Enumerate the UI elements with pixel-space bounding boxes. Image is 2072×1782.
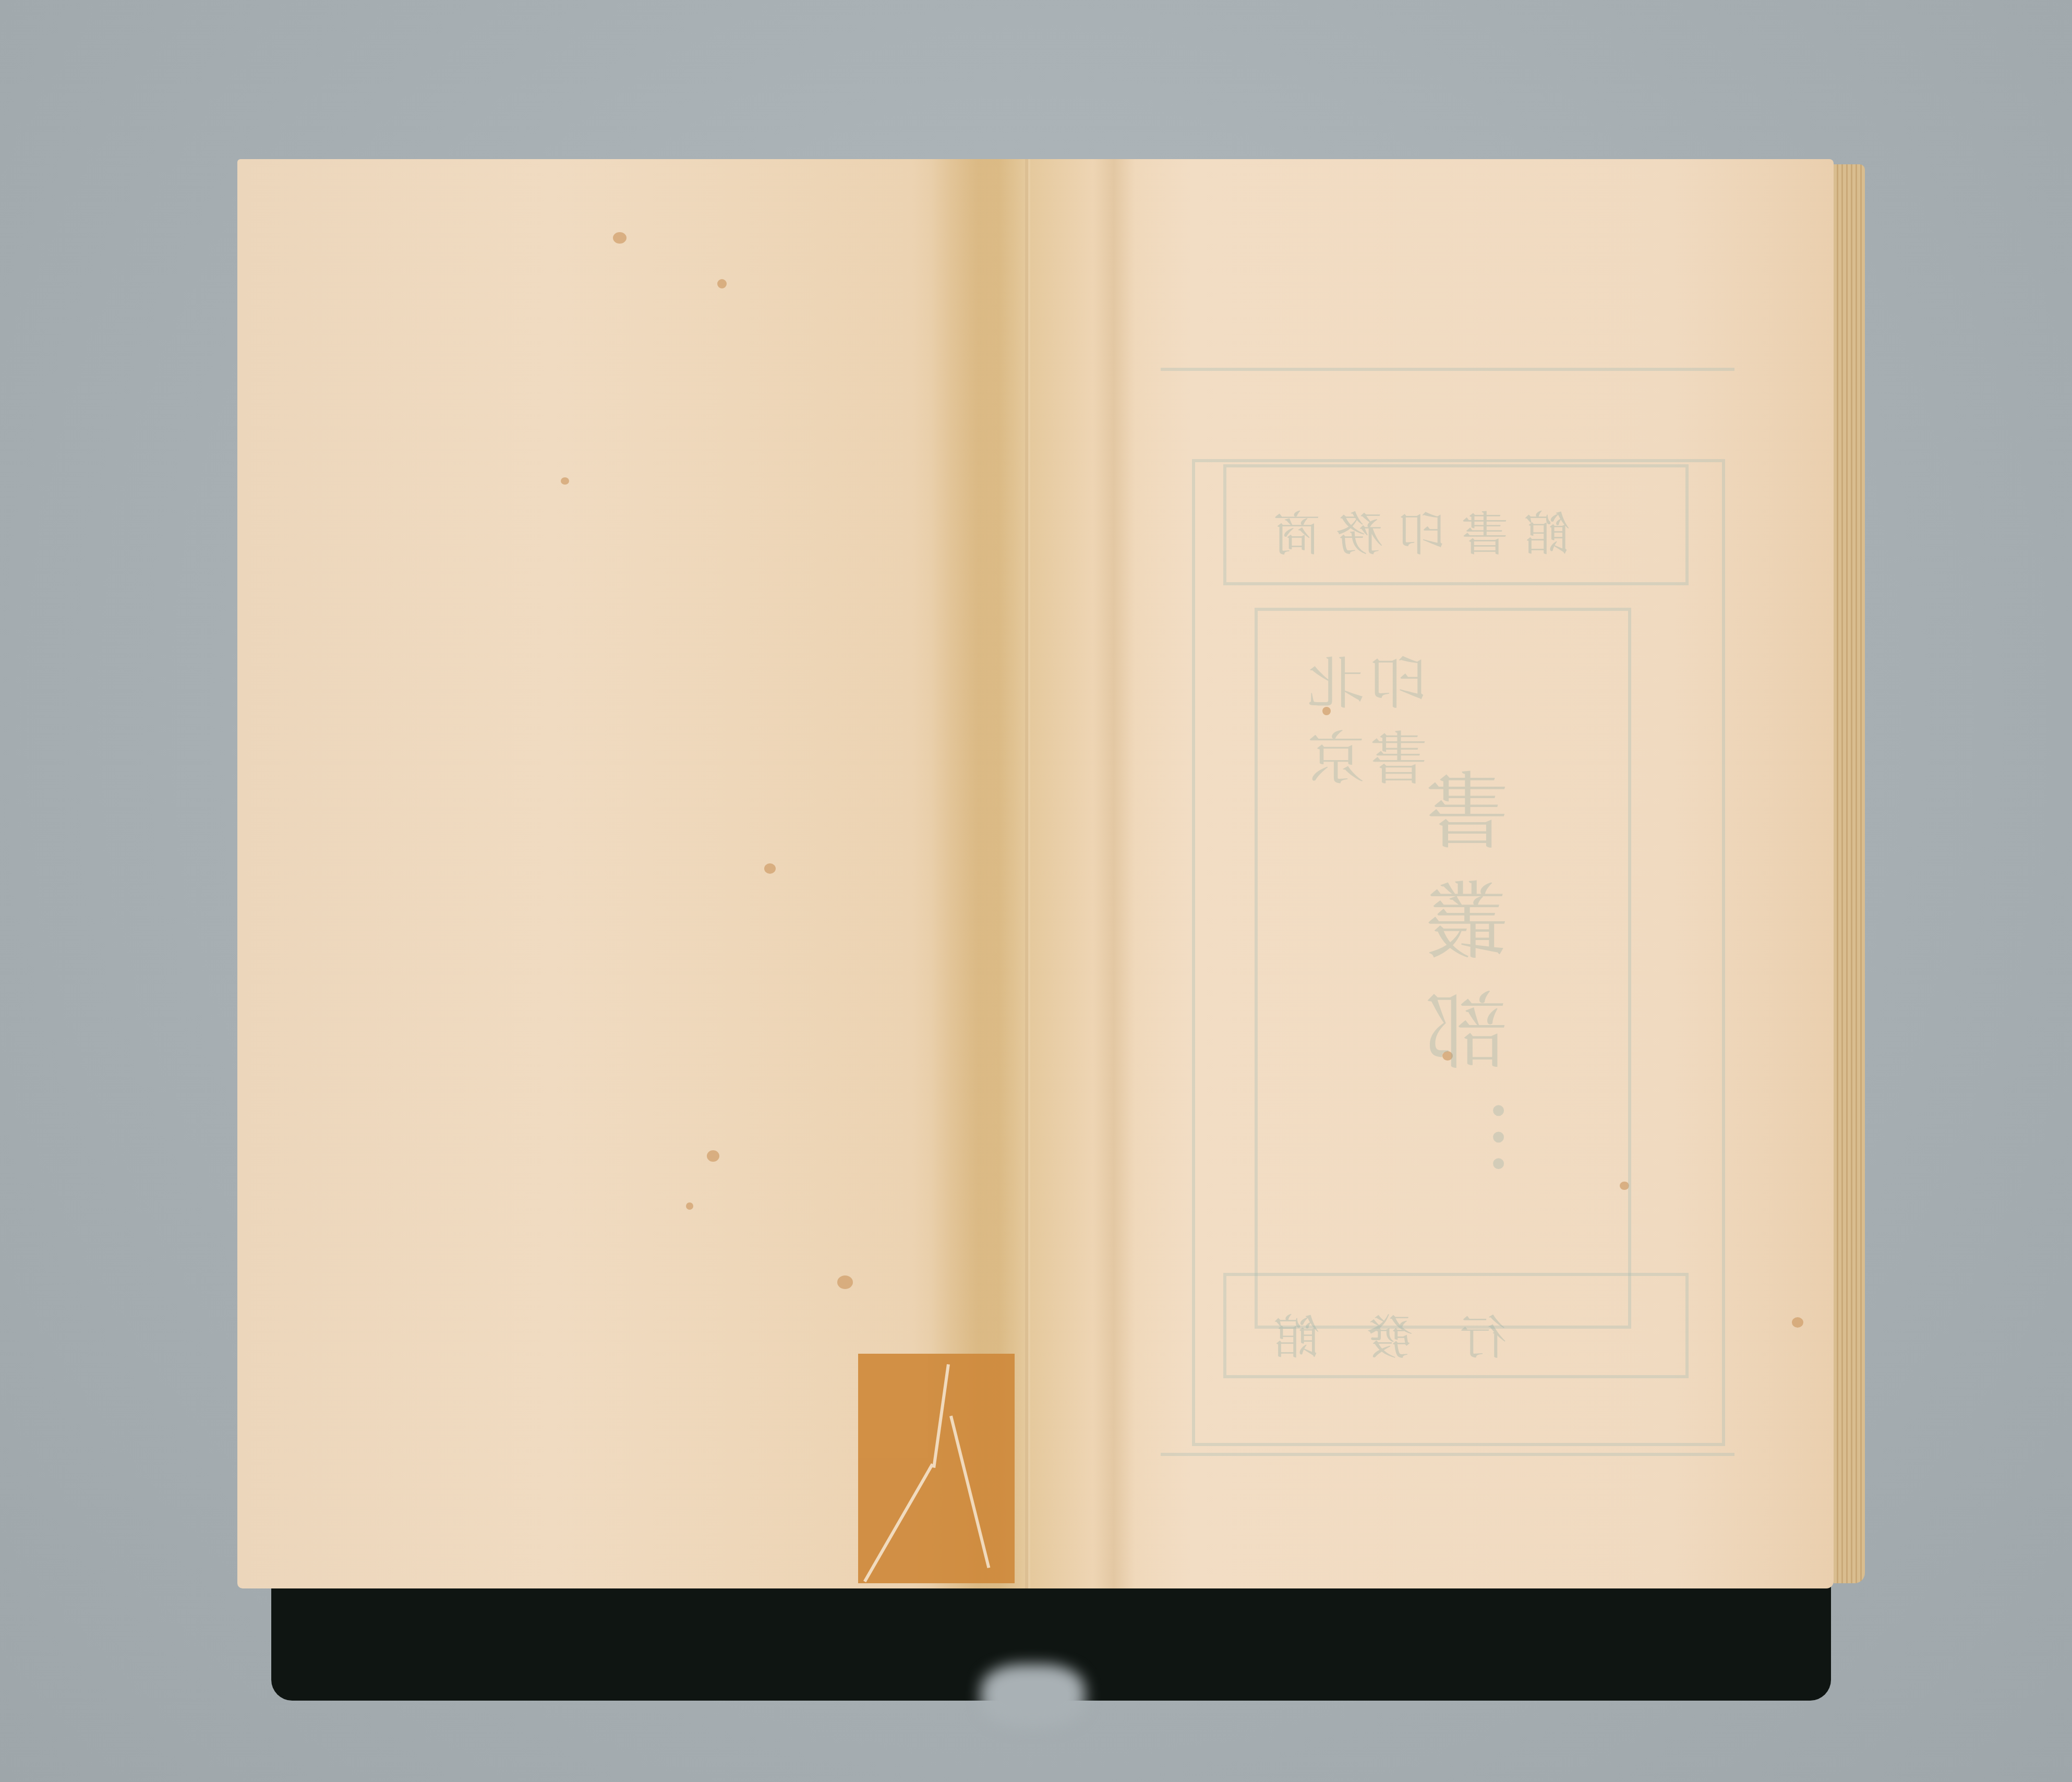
tape-crack bbox=[863, 1463, 934, 1582]
tape-crack bbox=[932, 1364, 950, 1468]
open-book: 館書印務商 書 叢 部 ... 印 書 北 京 行 發 館 bbox=[237, 159, 1839, 1588]
tape-crack bbox=[949, 1416, 990, 1569]
foxing-spot bbox=[686, 1202, 693, 1210]
foxing-spot bbox=[561, 477, 569, 485]
ghost-title-frame: 館書印務商 bbox=[1223, 464, 1689, 585]
right-page-fold bbox=[1093, 159, 1135, 1588]
ghost-bottom-rule bbox=[1161, 1442, 1734, 1456]
foxing-spot bbox=[613, 232, 627, 244]
ghost-inner-frame: 書 叢 部 ... 印 書 北 京 bbox=[1255, 608, 1631, 1329]
foxing-spot bbox=[837, 1275, 853, 1289]
ghost-bottom-frame: 行 發 館 bbox=[1223, 1273, 1689, 1378]
ghost-bottom-text: 行 發 館 bbox=[1258, 1299, 1507, 1367]
shadow-notch bbox=[981, 1664, 1085, 1727]
foxing-spot bbox=[1792, 1317, 1803, 1328]
ghost-top-rule bbox=[1161, 357, 1734, 371]
page-edges bbox=[1834, 164, 1865, 1583]
tape-patch bbox=[858, 1354, 1015, 1583]
ghost-title-text: 館書印務商 bbox=[1258, 496, 1571, 564]
ghost-main-title: 書 叢 部 ... bbox=[1414, 767, 1534, 1177]
foxing-spot bbox=[717, 279, 727, 288]
foxing-spot bbox=[764, 863, 776, 874]
spine-crease bbox=[1025, 159, 1028, 1588]
foxing-spot bbox=[707, 1150, 719, 1162]
ghost-small-column: 北 京 bbox=[1299, 653, 1382, 786]
